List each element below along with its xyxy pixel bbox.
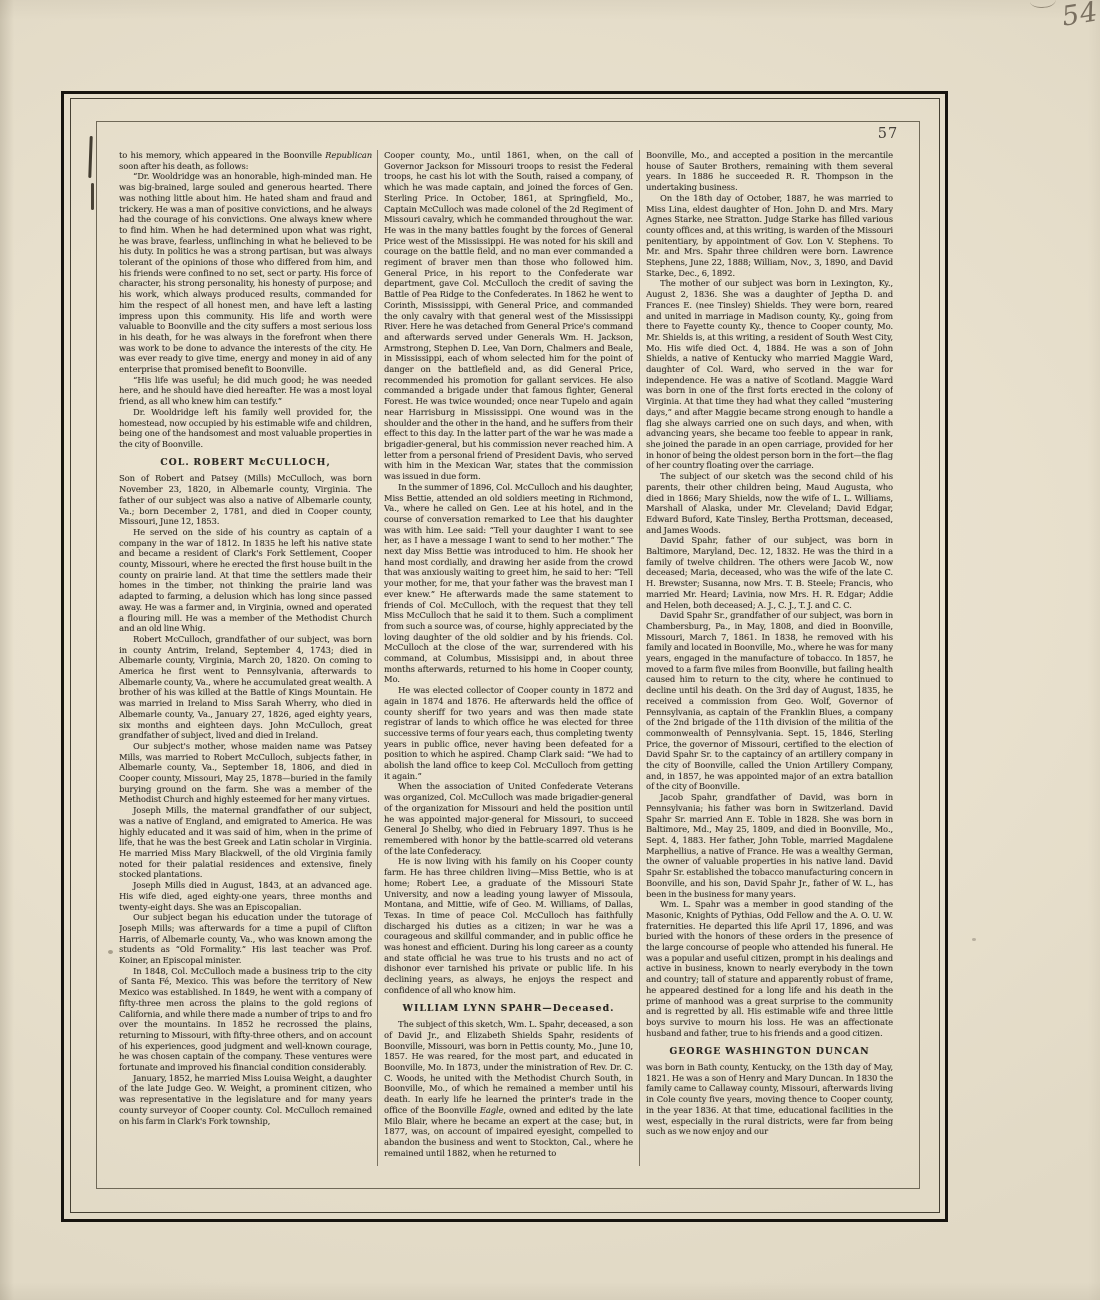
paragraph: He was elected collector of Cooper count… [384,685,633,781]
paragraph: Our subject began his education under th… [119,912,372,966]
paragraph: Cooper county, Mo., until 1861, when, on… [384,150,633,482]
paragraph: Joseph Mills died in August, 1843, at an… [119,880,372,912]
paragraph: Boonville, Mo., and accepted a position … [646,150,893,193]
paragraph: On the 18th day of October, 1887, he was… [646,193,893,279]
paragraph: In 1848, Col. McCulloch made a business … [119,966,372,1073]
paragraph: Robert McCulloch, grandfather of our sub… [119,634,372,741]
page-number: 57 [868,126,908,142]
paragraph: Son of Robert and Patsey (Mills) McCullo… [119,473,372,527]
text-column-middle: Cooper county, Mo., until 1861, when, on… [384,150,633,1168]
paragraph: He served on the side of his country as … [119,527,372,634]
column-rule [377,150,378,1166]
text-column-right: Boonville, Mo., and accepted a position … [646,150,893,1168]
paragraph: to his memory, which appeared in the Boo… [119,150,372,171]
section-heading: WILLIAM LYNN SPAHR—Deceased. [384,1004,633,1015]
scanned-book-page: 54 57 to his memory, which appeared in t… [0,0,1100,1300]
handwritten-page-number: 54 [1060,0,1100,33]
paragraph: The mother of our subject was born in Le… [646,278,893,471]
paragraph: Dr. Wooldridge left his family well prov… [119,407,372,450]
paragraph: was born in Bath county, Kentucky, on th… [646,1062,893,1137]
paragraph: Joseph Mills, the maternal grandfather o… [119,805,372,880]
paragraph: In the summer of 1896, Col. McCulloch an… [384,482,633,685]
paragraph: “His life was useful; he did much good; … [119,375,372,407]
paragraph: January, 1852, he married Miss Louisa We… [119,1073,372,1127]
paragraph: He is now living with his family on his … [384,856,633,995]
column-rule [639,150,640,1166]
pencil-stray-mark [1029,0,1056,9]
section-heading: COL. ROBERT McCULLOCH, [119,458,372,469]
paragraph: When the association of United Confedera… [384,781,633,856]
paper-speck [972,938,976,941]
paragraph: David Spahr, father of our subject, was … [646,535,893,610]
paragraph: David Spahr Sr., grandfather of our subj… [646,610,893,792]
paragraph: The subject of our sketch was the second… [646,471,893,535]
section-heading: GEORGE WASHINGTON DUNCAN [646,1047,893,1058]
paragraph: Our subject's mother, whose maiden name … [119,741,372,805]
paragraph: Wm. L. Spahr was a member in good standi… [646,899,893,1038]
paragraph: Jacob Spahr, grandfather of David, was b… [646,792,893,899]
text-column-left: to his memory, which appeared in the Boo… [119,150,372,1168]
paragraph: “Dr. Wooldridge was an honorable, high-m… [119,171,372,374]
paragraph: The subject of this sketch, Wm. L. Spahr… [384,1019,633,1158]
